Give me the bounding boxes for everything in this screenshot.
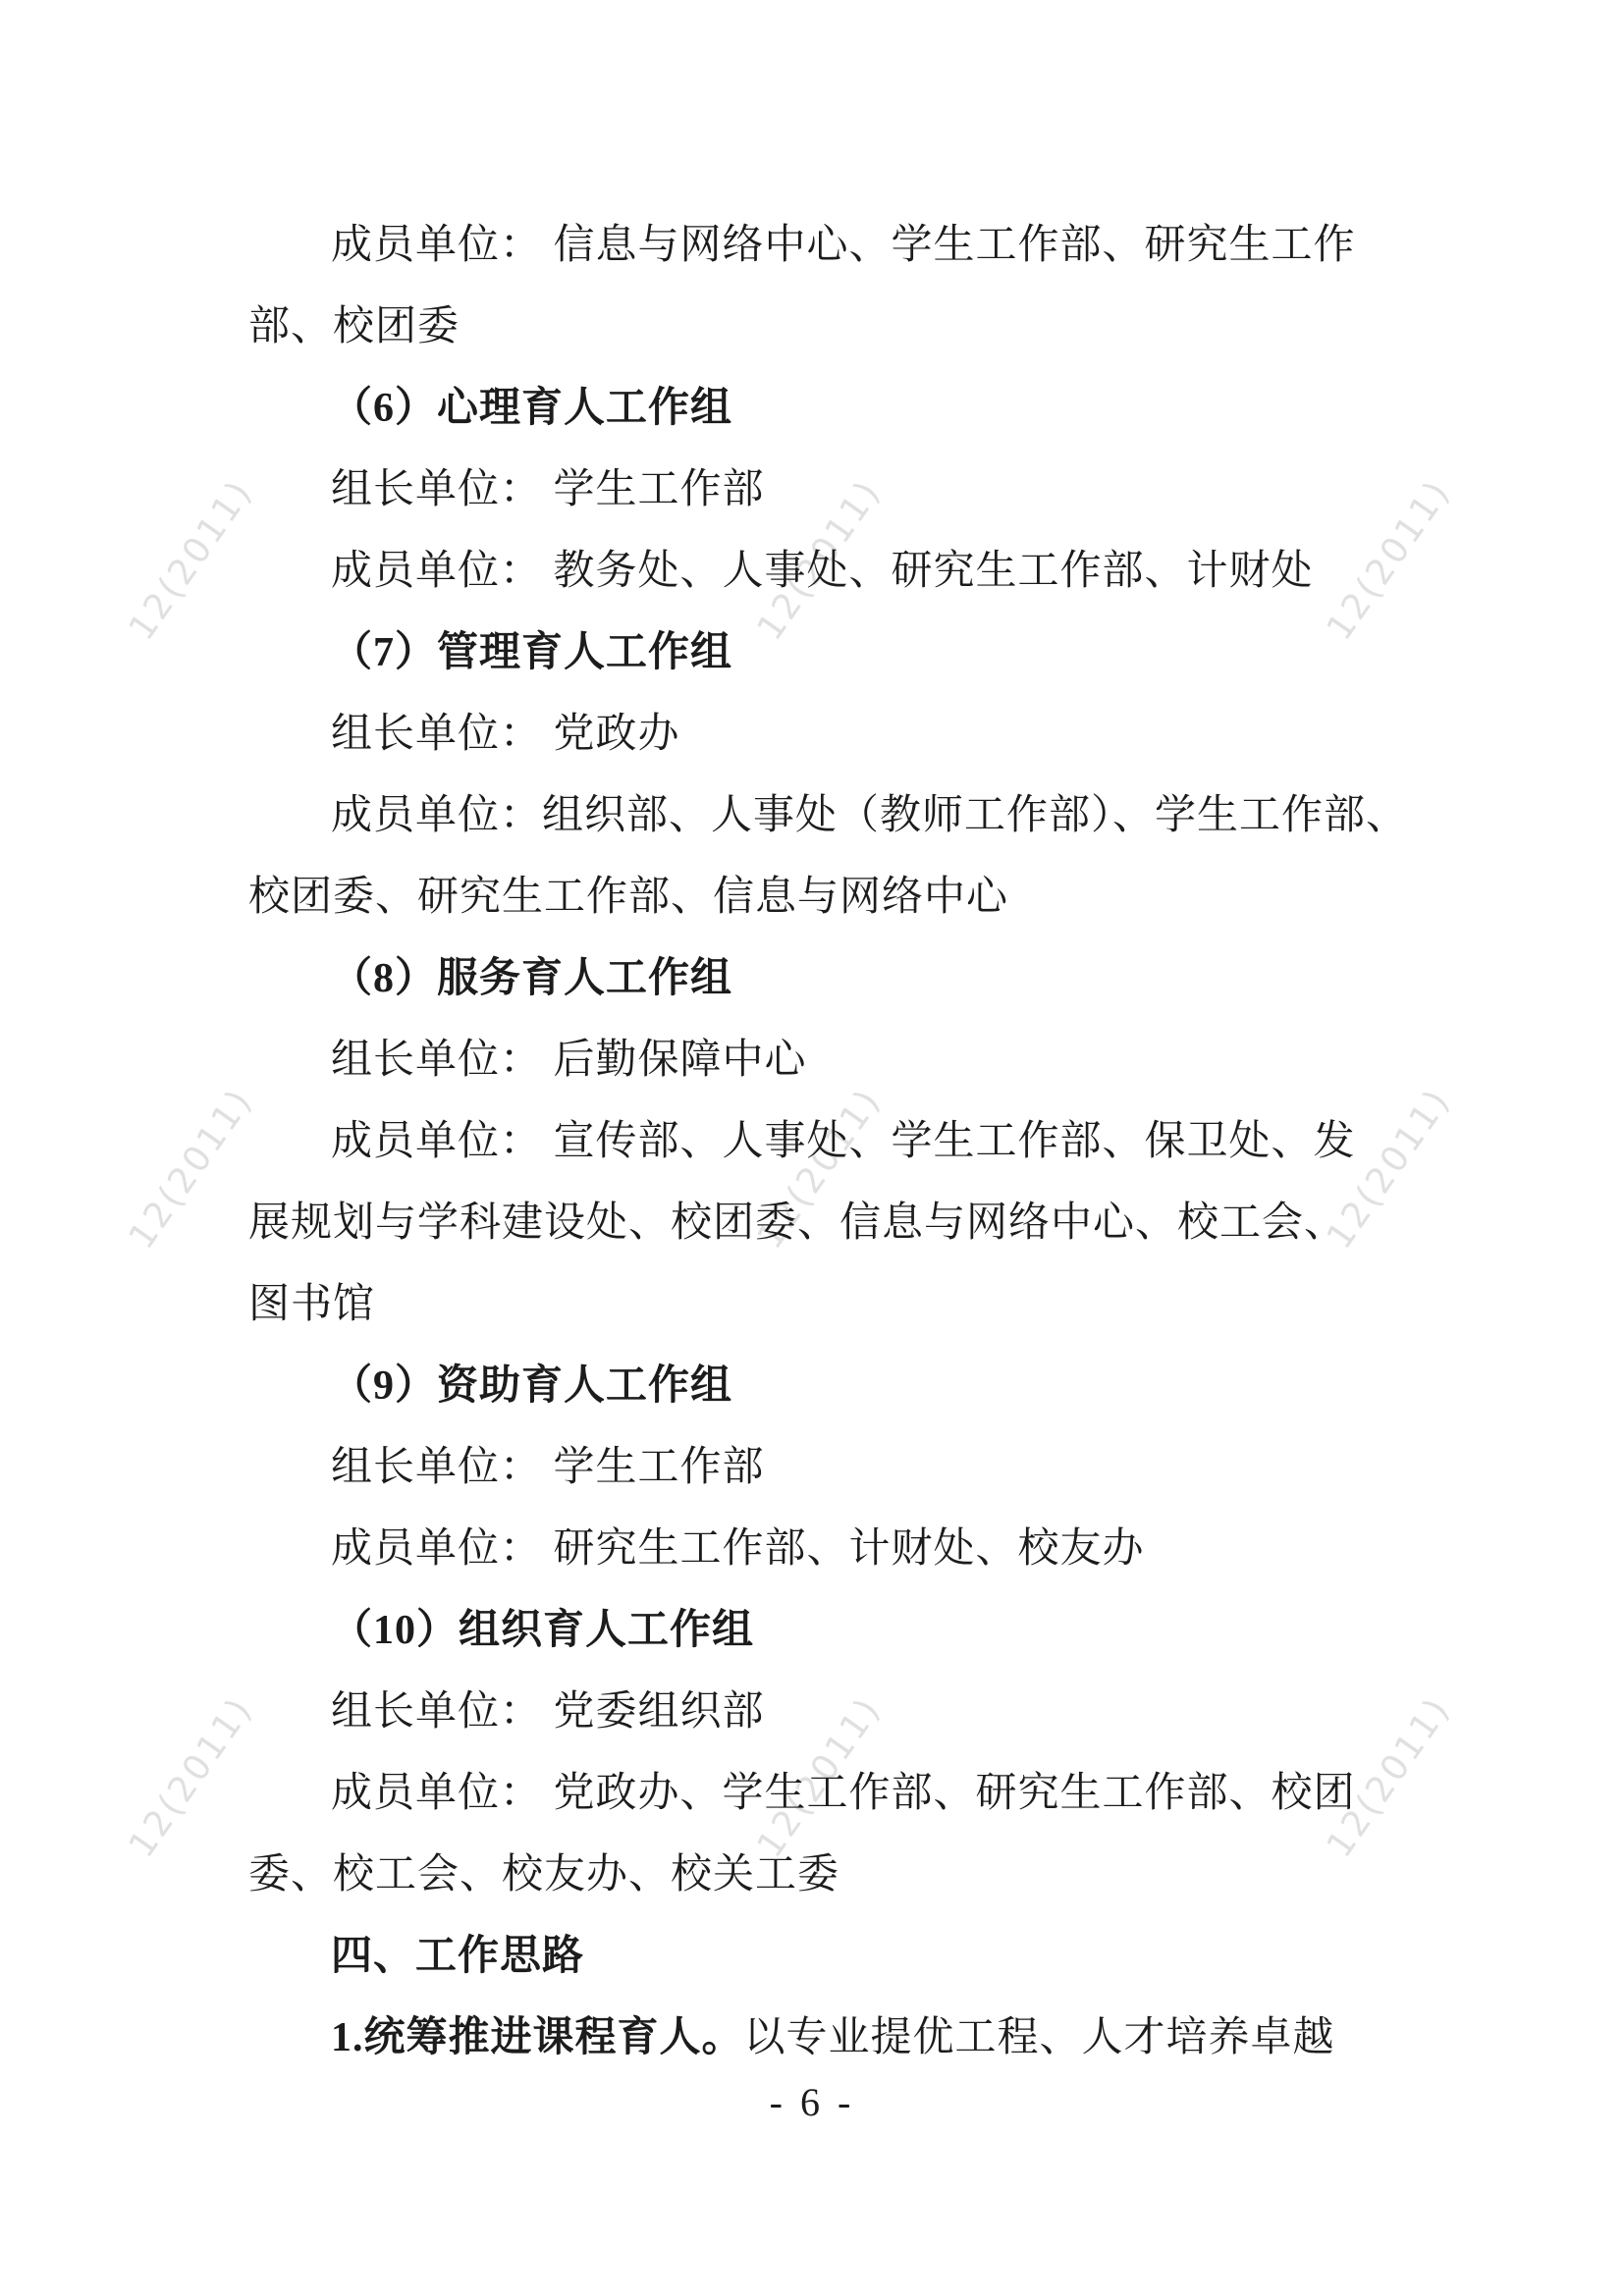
heading-line: 四、工作思路 [248,1916,1436,1998]
text-line: 成员单位： 研究生工作部、计财处、校友办 [248,1509,1436,1590]
watermark-stamp: 12(2011) [122,1081,261,1256]
document-page: 12(2011) 12(2011) 12(2011) 12(2011) 12(2… [0,0,1624,2296]
text-line: 组长单位： 学生工作部 [248,450,1436,531]
heading-line: （8）服务育人工作组 [248,938,1436,1020]
heading-line: （6）心理育人工作组 [248,368,1436,450]
watermark-stamp: 12(2011) [122,472,261,648]
page-number: - 6 - [0,2079,1624,2125]
text-line: 展规划与学科建设处、校团委、信息与网络中心、校工会、 [248,1183,1436,1264]
heading-line: （10）组织育人工作组 [248,1590,1436,1672]
text-line: 组长单位： 后勤保障中心 [248,1020,1436,1101]
text-line: 成员单位： 信息与网络中心、学生工作部、研究生工作 [248,205,1436,287]
bold-lead-text: 1.统筹推进课程育人。 [331,2015,744,2060]
line-text: 以专业提优工程、人才培养卓越 [744,2015,1335,2060]
text-line: 组长单位： 学生工作部 [248,1427,1436,1509]
text-line: 组长单位： 党委组织部 [248,1672,1436,1753]
text-line: 组长单位： 党政办 [248,694,1436,775]
text-line: 委、校工会、校友办、校关工委 [248,1835,1436,1916]
text-line: 成员单位： 宣传部、人事处、学生工作部、保卫处、发 [248,1101,1436,1183]
text-line: 图书馆 [248,1264,1436,1346]
text-line: 成员单位： 教务处、人事处、研究生工作部、计财处 [248,531,1436,613]
text-line: 校团委、研究生工作部、信息与网络中心 [248,857,1436,938]
text-line: 部、校团委 [248,287,1436,368]
document-body: 成员单位： 信息与网络中心、学生工作部、研究生工作部、校团委（6）心理育人工作组… [248,205,1436,2079]
text-line: 成员单位： 党政办、学生工作部、研究生工作部、校团 [248,1753,1436,1835]
watermark-stamp: 12(2011) [122,1689,261,1865]
heading-line: （9）资助育人工作组 [248,1346,1436,1427]
text-line: 成员单位：组织部、人事处（教师工作部）、学生工作部、 [248,775,1436,857]
heading-line: （7）管理育人工作组 [248,613,1436,694]
text-line: 1.统筹推进课程育人。以专业提优工程、人才培养卓越 [248,1998,1436,2079]
